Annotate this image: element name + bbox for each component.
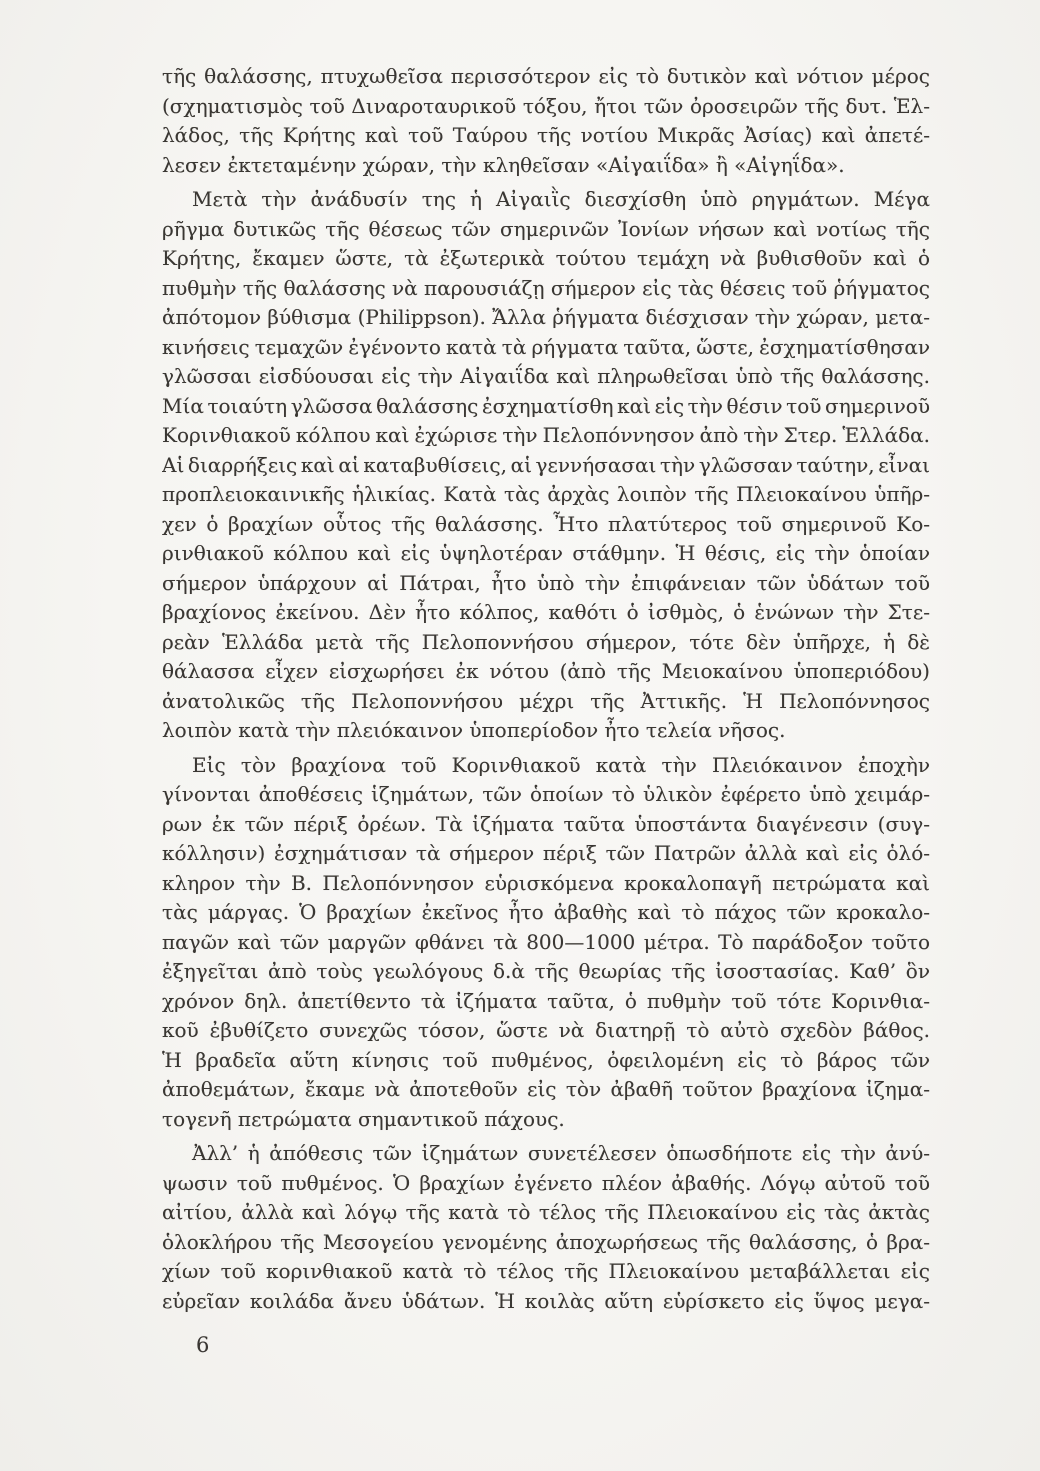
text-line: ρεὰν Ἑλλάδα μετὰ τῆς Πελοποννήσου σήμερο… — [162, 628, 930, 658]
text-line: ἀπότομον βύθισμα (Philippson). Ἄλλα ῥήγμ… — [162, 303, 930, 333]
text-line: βραχίονος ἐκείνου. Δὲν ἦτο κόλπος, καθότ… — [162, 598, 930, 628]
scanned-book-page: τῆς θαλάσσης, πτυχωθεῖσα περισσότερον εἰ… — [0, 0, 1040, 1471]
page-number: 6 — [196, 1332, 209, 1358]
text-line: κοῦ ἐβυθίζετο συνεχῶς τόσον, ὥστε νὰ δια… — [162, 1016, 930, 1046]
text-line: ρων ἐκ τῶν πέριξ ὀρέων. Τὰ ἱζήματα ταῦτα… — [162, 810, 930, 840]
text-line: τῆς θαλάσσης, πτυχωθεῖσα περισσότερον εἰ… — [162, 62, 930, 92]
text-line: Εἰς τὸν βραχίονα τοῦ Κορινθιακοῦ κατὰ τὴ… — [162, 751, 930, 781]
text-line: ἀνατολικῶς τῆς Πελοποννήσου μέχρι τῆς Ἀτ… — [162, 687, 930, 717]
text-line: σήμερον ὑπάρχουν αἱ Πάτραι, ἦτο ὑπὸ τὴν … — [162, 569, 930, 599]
paragraph: Ἀλλ’ ἡ ἀπόθεσις τῶν ἱζημάτων συνετέλεσεν… — [162, 1139, 930, 1316]
text-line: χίων τοῦ κορινθιακοῦ κατὰ τὸ τέλος τῆς Π… — [162, 1257, 930, 1287]
paragraph: Εἰς τὸν βραχίονα τοῦ Κορινθιακοῦ κατὰ τὴ… — [162, 751, 930, 1135]
text-line: κόλλησιν) ἐσχημάτισαν τὰ σήμερον πέριξ τ… — [162, 839, 930, 869]
paragraph: τῆς θαλάσσης, πτυχωθεῖσα περισσότερον εἰ… — [162, 62, 930, 180]
text-line: ρῆγμα δυτικῶς τῆς θέσεως τῶν σημερινῶν Ἰ… — [162, 215, 930, 245]
text-line: τογενῆ πετρώματα σημαντικοῦ πάχους. — [162, 1105, 930, 1135]
text-line: Αἱ διαρρήξεις καὶ αἱ καταβυθίσεις, αἱ γε… — [162, 451, 930, 481]
text-line: ἐξηγεῖται ἀπὸ τοὺς γεωλόγους δ.ὰ τῆς θεω… — [162, 957, 930, 987]
text-line: Μετὰ τὴν ἀνάδυσίν της ἡ Αἰγαιῒς διεσχίσθ… — [162, 185, 930, 215]
text-line: λοιπὸν κατὰ τὴν πλειόκαινον ὑποπερίοδον … — [162, 716, 930, 746]
text-line: χρόνον δηλ. ἀπετίθεντο τὰ ἱζήματα ταῦτα,… — [162, 987, 930, 1017]
text-line: Μία τοιαύτη γλῶσσα θαλάσσης ἐσχηματίσθη … — [162, 392, 930, 422]
text-line: κληρον τὴν Β. Πελοπόννησον εὑρισκόμενα κ… — [162, 869, 930, 899]
text-line: (σχηματισμὸς τοῦ Διναροταυρικοῦ τόξου, ἤ… — [162, 92, 930, 122]
text-line: αἰτίου, ἀλλὰ καὶ λόγῳ τῆς κατὰ τὸ τέλος … — [162, 1198, 930, 1228]
text-line: ὁλοκλήρου τῆς Μεσογείου γενομένης ἀποχωρ… — [162, 1228, 930, 1258]
paragraph: Μετὰ τὴν ἀνάδυσίν της ἡ Αἰγαιῒς διεσχίσθ… — [162, 185, 930, 746]
text-line: λάδος, τῆς Κρήτης καὶ τοῦ Ταύρου τῆς νοτ… — [162, 121, 930, 151]
text-line: παγῶν καὶ τῶν μαργῶν φθάνει τὰ 800—1000 … — [162, 928, 930, 958]
text-line: Κρήτης, ἔκαμεν ὥστε, τὰ ἐξωτερικὰ τούτου… — [162, 244, 930, 274]
text-line: γίνονται ἀποθέσεις ἱζημάτων, τῶν ὁποίων … — [162, 780, 930, 810]
text-line: προπλειοκαινικῆς ἡλικίας. Κατὰ τὰς ἀρχὰς… — [162, 480, 930, 510]
text-line: κινήσεις τεμαχῶν ἐγένοντο κατὰ τὰ ρήγματ… — [162, 333, 930, 363]
text-line: ἀποθεμάτων, ἔκαμε νὰ ἀποτεθοῦν εἰς τὸν ἀ… — [162, 1075, 930, 1105]
text-line: ρινθιακοῦ κόλπου καὶ εἰς ὑψηλοτέραν στάθ… — [162, 539, 930, 569]
text-line: εὐρεῖαν κοιλάδα ἄνευ ὑδάτων. Ἡ κοιλὰς αὕ… — [162, 1287, 930, 1317]
text-line: πυθμὴν τῆς θαλάσσης νὰ παρουσιάζῃ σήμερο… — [162, 274, 930, 304]
text-line: τὰς μάργας. Ὁ βραχίων ἐκεῖνος ἦτο ἀβαθὴς… — [162, 898, 930, 928]
text-line: ψωσιν τοῦ πυθμένος. Ὁ βραχίων ἐγένετο πλ… — [162, 1169, 930, 1199]
text-block: τῆς θαλάσσης, πτυχωθεῖσα περισσότερον εἰ… — [162, 62, 930, 1316]
text-line: γλῶσσαι εἰσδύουσαι εἰς τὴν Αἰγαιΐδα καὶ … — [162, 362, 930, 392]
text-line: λεσεν ἐκτεταμένην χώραν, τὴν κληθεῖσαν «… — [162, 151, 930, 181]
text-line: θάλασσα εἶχεν εἰσχωρήσει ἐκ νότου (ἀπὸ τ… — [162, 657, 930, 687]
text-line: χεν ὁ βραχίων οὗτος τῆς θαλάσσης. Ἦτο πλ… — [162, 510, 930, 540]
text-line: Κορινθιακοῦ κόλπου καὶ ἐχώρισε τὴν Πελοπ… — [162, 421, 930, 451]
text-line: Ἀλλ’ ἡ ἀπόθεσις τῶν ἱζημάτων συνετέλεσεν… — [162, 1139, 930, 1169]
text-line: Ἡ βραδεῖα αὕτη κίνησις τοῦ πυθμένος, ὀφε… — [162, 1046, 930, 1076]
